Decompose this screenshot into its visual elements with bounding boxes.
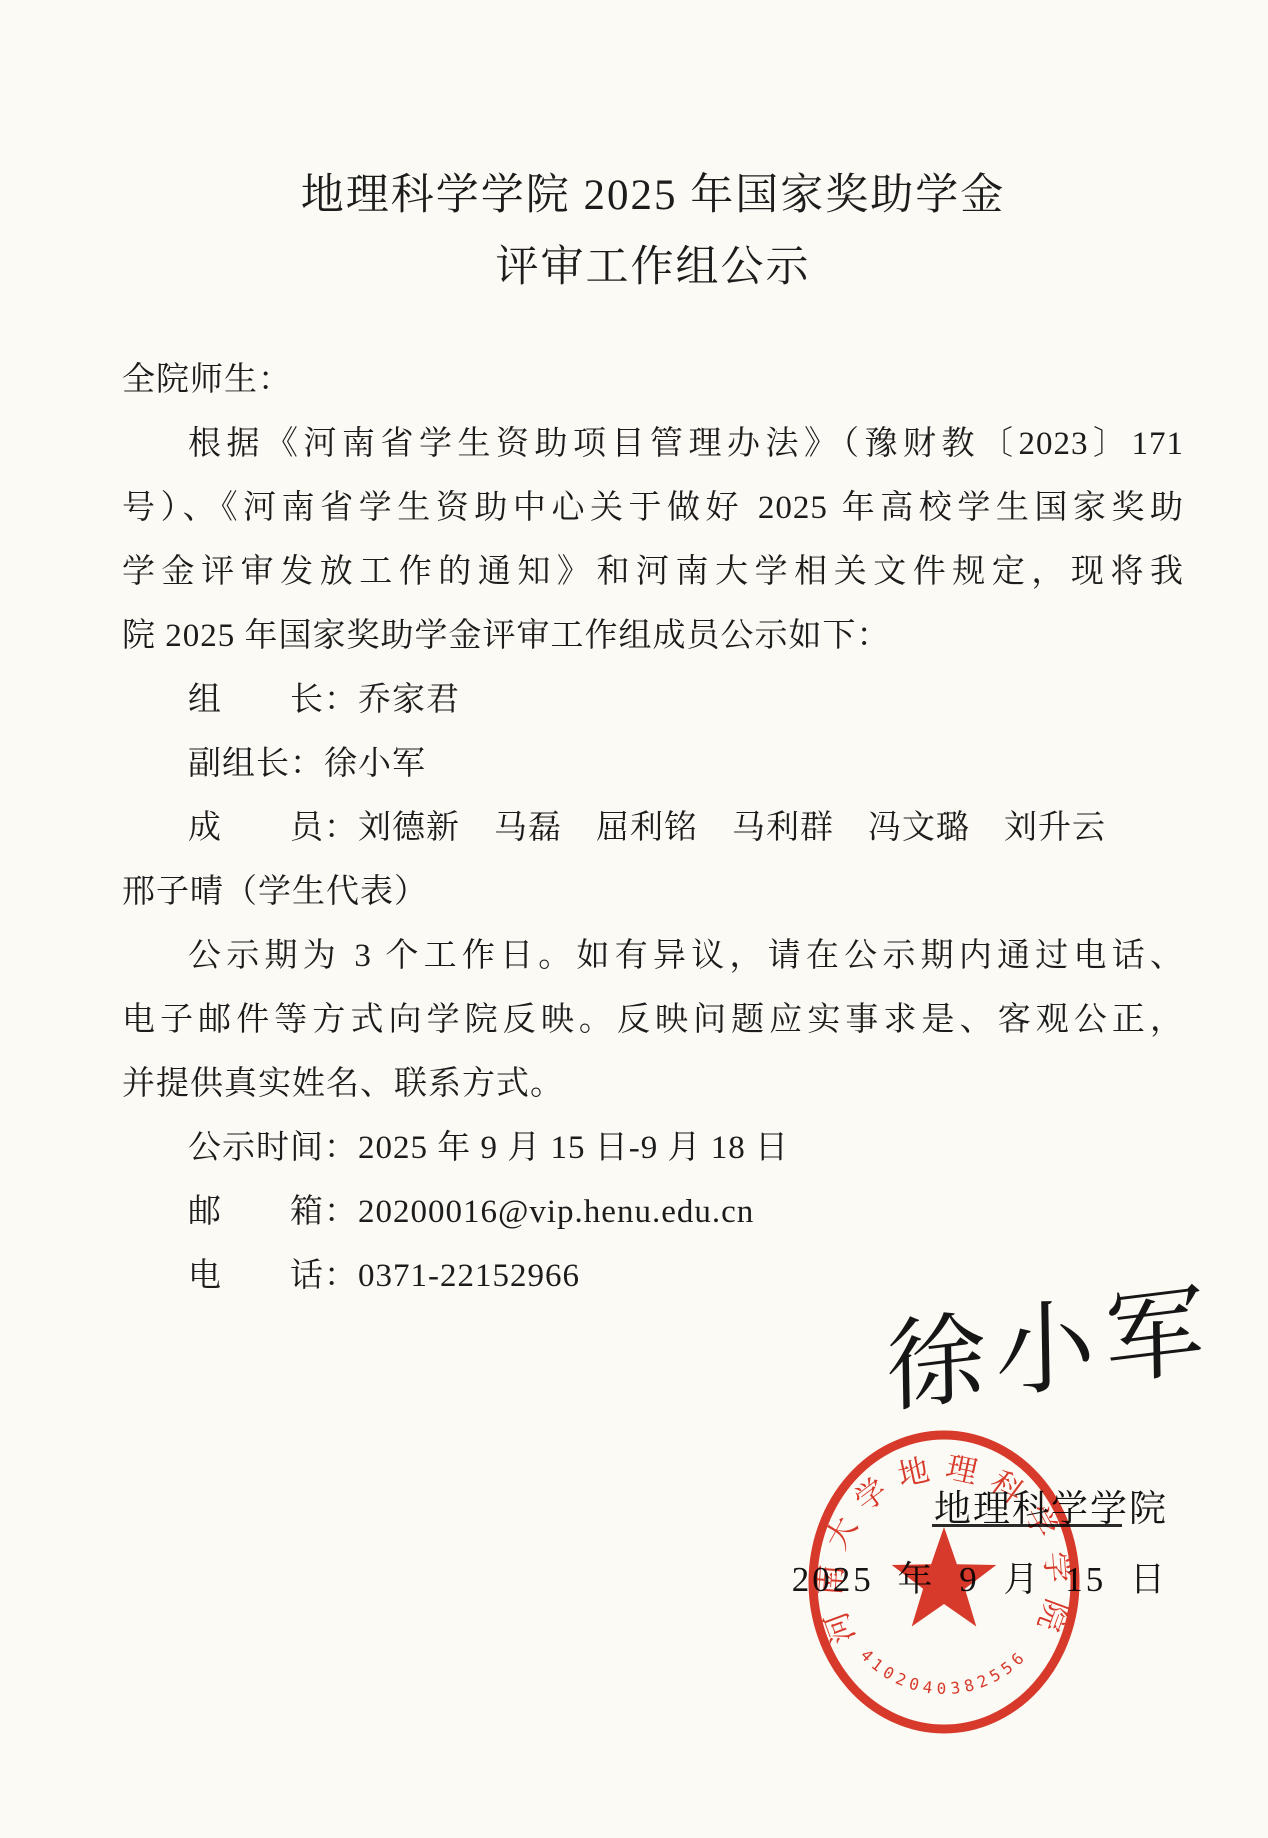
intro-line: 号）、《河南省学生资助中心关于做好 2025 年高校学生国家奖助 — [122, 476, 1184, 540]
title-line-1: 地理科学学院 2025 年国家奖助学金 — [122, 160, 1184, 232]
intro-line: 学金评审发放工作的通知》和河南大学相关文件规定，现将我 — [122, 540, 1184, 604]
document-title: 地理科学学院 2025 年国家奖助学金 评审工作组公示 — [122, 0, 1184, 304]
contact-line-email: 邮 箱：20200016@vip.henu.edu.cn — [122, 1180, 1184, 1244]
official-seal: 河南大学地理科学学院 4102040382556 — [792, 1420, 1096, 1744]
roster-line-leader: 组 长：乔家君 — [122, 668, 1184, 732]
intro-line: 根据《河南省学生资助项目管理办法》（豫财教〔2023〕171 — [122, 412, 1184, 476]
notice-line: 公示期为 3 个工作日。如有异议，请在公示期内通过电话、 — [122, 924, 1184, 988]
seal-serial: 4102040382556 — [857, 1645, 1031, 1698]
notice-line: 并提供真实姓名、联系方式。 — [122, 1052, 1184, 1116]
contact-line-period: 公示时间：2025 年 9 月 15 日-9 月 18 日 — [122, 1116, 1184, 1180]
announcement-document: 地理科学学院 2025 年国家奖助学金 评审工作组公示 全院师生： 根据《河南省… — [122, 0, 1184, 1308]
document-body: 全院师生： 根据《河南省学生资助项目管理办法》（豫财教〔2023〕171 号）、… — [122, 348, 1184, 1308]
seal-star — [892, 1527, 997, 1627]
title-line-2: 评审工作组公示 — [122, 232, 1184, 304]
intro-line: 院 2025 年国家奖助学金评审工作组成员公示如下： — [122, 604, 1184, 668]
roster-line-members-2: 邢子晴（学生代表） — [122, 860, 1184, 924]
notice-line: 电子邮件等方式向学院反映。反映问题应实事求是、客观公正， — [122, 988, 1184, 1052]
roster-line-members: 成 员：刘德新 马磊 屈利铭 马利群 冯文璐 刘升云 — [122, 796, 1184, 860]
roster-line-vice-leader: 副组长：徐小军 — [122, 732, 1184, 796]
salutation: 全院师生： — [122, 348, 1184, 412]
